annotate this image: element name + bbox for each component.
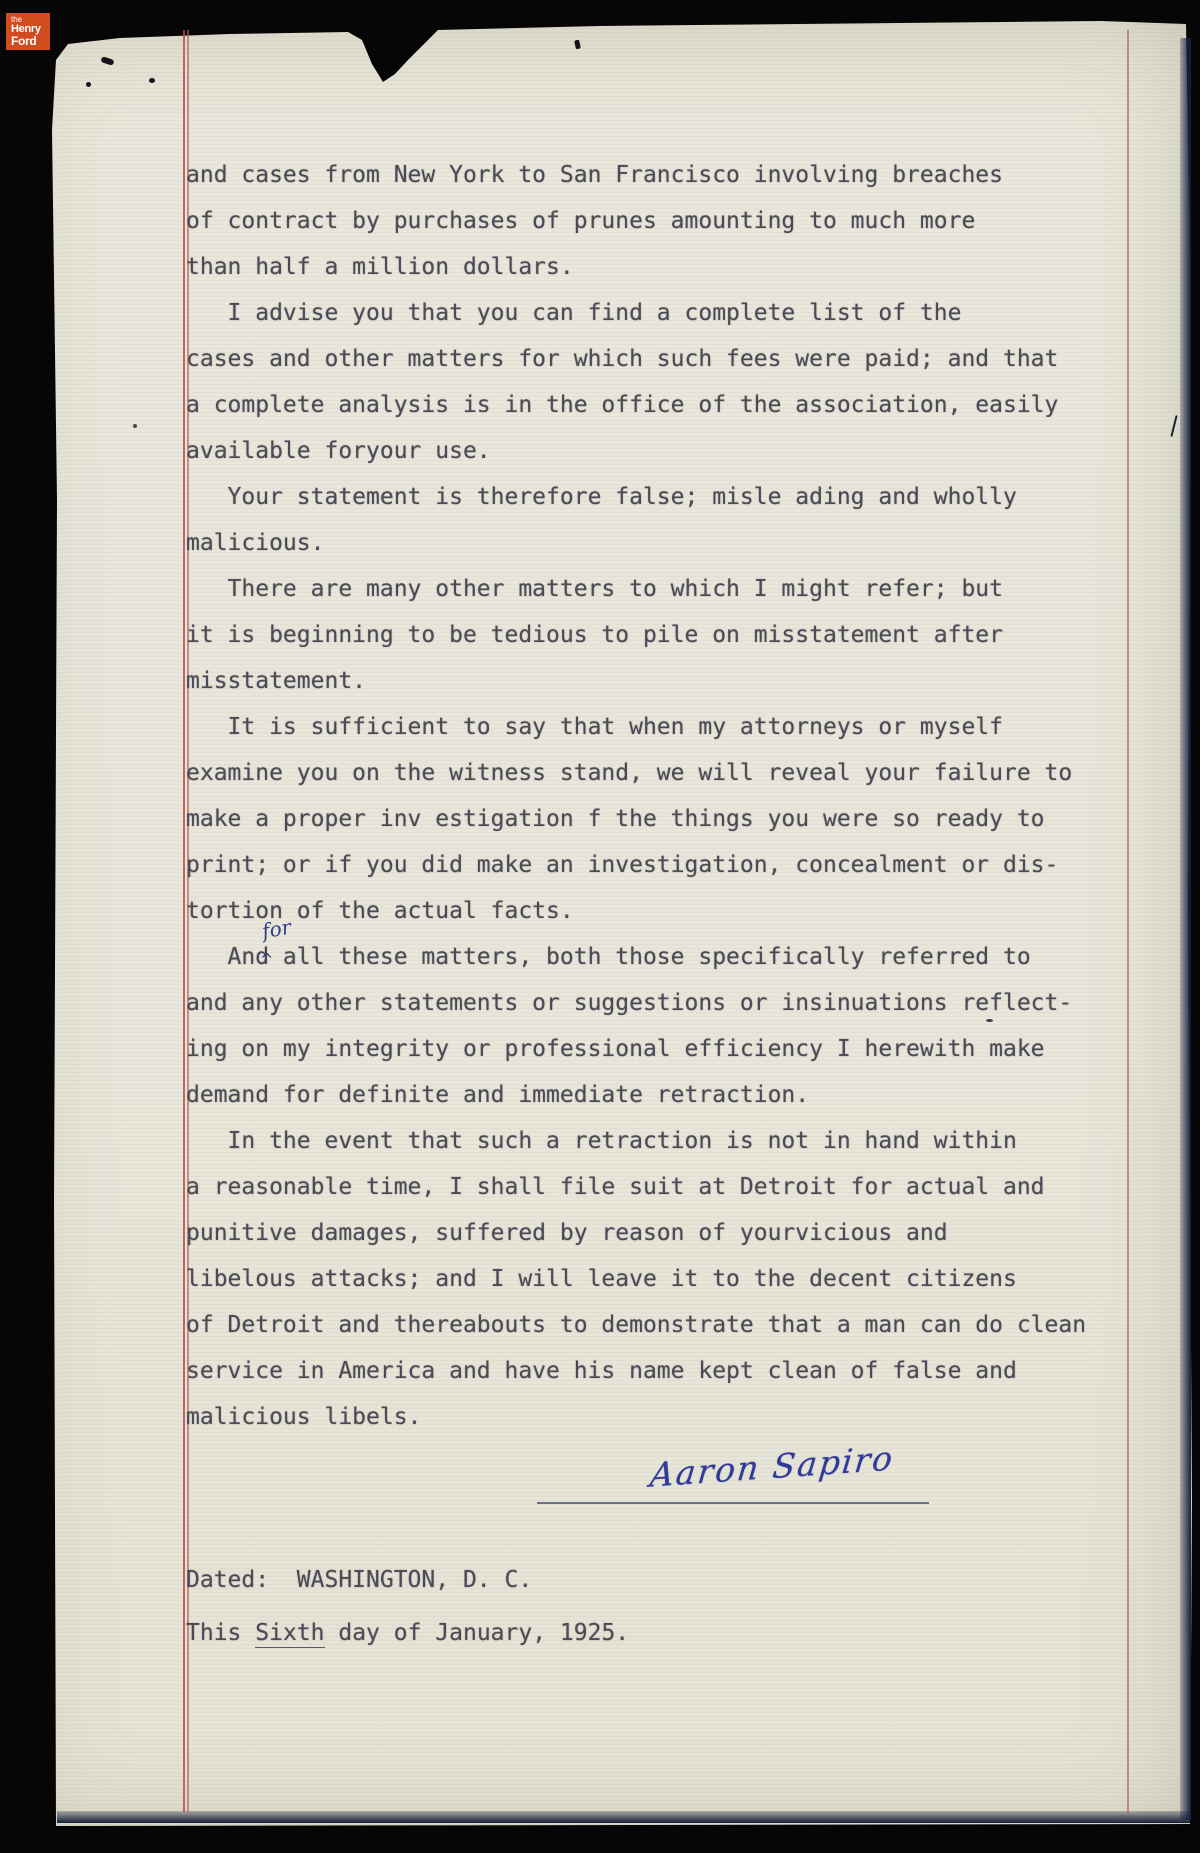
scan-speck — [149, 78, 155, 83]
footer-dated-block: Dated: WASHINGTON, D. C. This Sixth day … — [186, 1554, 886, 1660]
typed-line: In the event that such a retraction is n… — [186, 1118, 1136, 1164]
typed-line: I advise you that you can find a complet… — [186, 290, 1136, 336]
typed-line: a complete analysis is in the office of … — [186, 382, 1136, 428]
typed-line: examine you on the witness stand, we wil… — [186, 750, 1136, 796]
left-margin-rule — [183, 30, 185, 1812]
henry-ford-logo: the Henry Ford — [6, 13, 50, 50]
typed-line: available foryour use. — [186, 428, 1136, 474]
typed-line: Your statement is therefore false; misle… — [186, 474, 1136, 520]
footer-dated-line: Dated: WASHINGTON, D. C. — [186, 1554, 886, 1607]
logo-word-ford: Ford — [11, 35, 50, 47]
paper-edge-shadow-right — [1180, 38, 1191, 1820]
footer-date-underlined: Sixth — [255, 1620, 324, 1648]
typed-line: demand for definite and immediate retrac… — [186, 1072, 1136, 1118]
insertion-caret-icon: ^ — [260, 952, 273, 968]
footer-date-post: day of January, 1925. — [325, 1620, 630, 1646]
handwritten-insertion-for: for — [260, 917, 292, 942]
typed-line: of contract by purchases of prunes amoun… — [186, 198, 1136, 244]
typed-line: a reasonable time, I shall file suit at … — [186, 1164, 1136, 1210]
typed-line: malicious libels. — [186, 1394, 1136, 1440]
footer-date-pre: This — [186, 1620, 255, 1646]
typed-line: There are many other matters to which I … — [186, 566, 1136, 612]
typed-line: malicious. — [186, 520, 1136, 566]
scan-speck — [133, 424, 137, 428]
scan-speck — [86, 82, 91, 87]
typed-line: and any other statements or suggestions … — [186, 980, 1136, 1026]
typed-line: It is sufficient to say that when my att… — [186, 704, 1136, 750]
paper-edge-shadow-bottom — [57, 1811, 1190, 1823]
typed-line: make a proper inv estigation f the thing… — [186, 796, 1136, 842]
typed-line: And all these matters, both those specif… — [186, 934, 1136, 980]
typed-line: print; or if you did make an investigati… — [186, 842, 1136, 888]
typed-line: ing on my integrity or professional effi… — [186, 1026, 1136, 1072]
typed-line: misstatement. — [186, 658, 1136, 704]
typed-line: and cases from New York to San Francisco… — [186, 152, 1136, 198]
typed-line: of Detroit and thereabouts to demonstrat… — [186, 1302, 1136, 1348]
typed-line: it is beginning to be tedious to pile on… — [186, 612, 1136, 658]
typed-text-block: and cases from New York to San Francisco… — [186, 152, 1136, 1440]
signature-rule — [537, 1502, 929, 1504]
typed-line: cases and other matters for which such f… — [186, 336, 1136, 382]
typed-line: libelous attacks; and I will leave it to… — [186, 1256, 1136, 1302]
typed-line: tortion of the actual facts. — [186, 888, 1136, 934]
footer-date-line: This Sixth day of January, 1925. — [186, 1607, 886, 1660]
typed-line: than half a million dollars. — [186, 244, 1136, 290]
typed-line: service in America and have his name kep… — [186, 1348, 1136, 1394]
typed-line: punitive damages, suffered by reason of … — [186, 1210, 1136, 1256]
